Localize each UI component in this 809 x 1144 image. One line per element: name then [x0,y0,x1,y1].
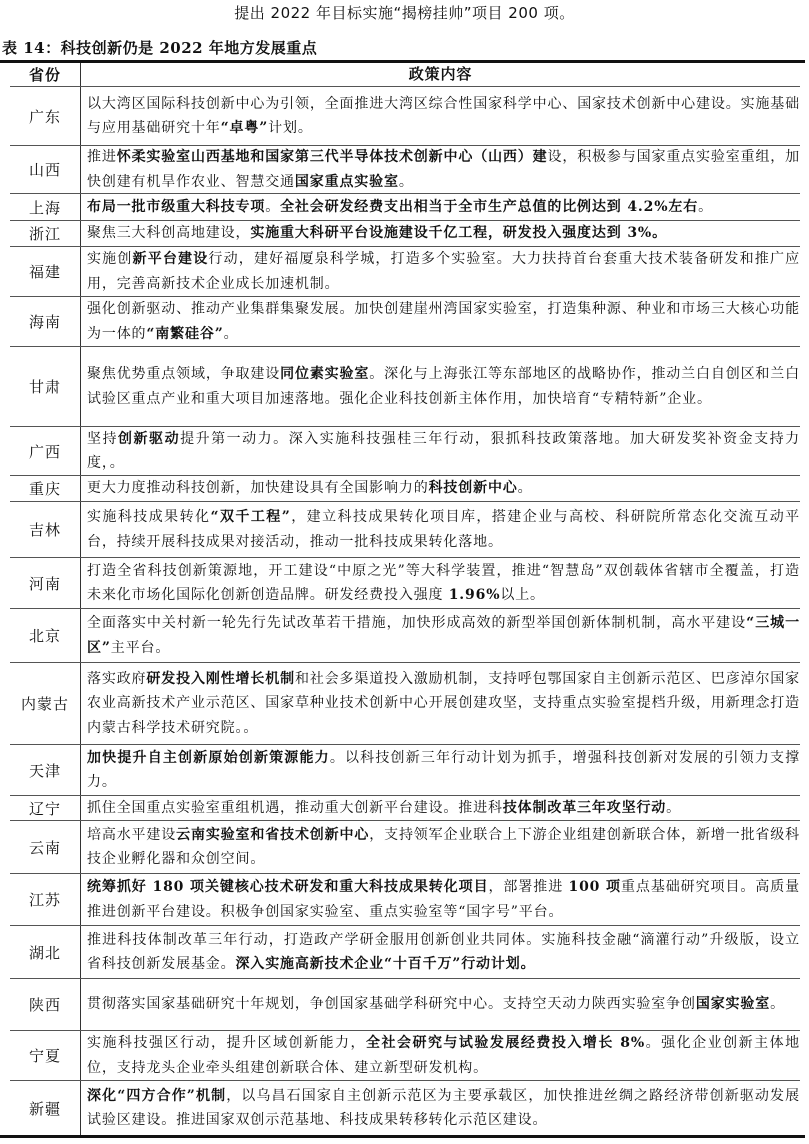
table-row: 北京全面落实中关村新一轮先行先试改革若干措施，加快形成高效的新型举国创新体制机制… [10,609,800,663]
policy-text: 培高水平建设 [87,827,176,843]
policy-text: 主平台。 [111,640,170,656]
table-row: 重庆更大力度推动科技创新，加快建设具有全国影响力的科技创新中心。 [10,476,800,502]
province-cell: 吉林 [10,502,81,557]
policy-highlight: 100 项 [568,879,621,895]
policy-cell: 实施科技强区行动，提升区域创新能力，全社会研究与试验发展经费投入增长 8%。强化… [81,1031,800,1080]
province-cell: 广西 [10,427,81,475]
policy-highlight: “卓粤” [221,120,269,136]
policy-text: 。 [265,199,280,215]
policy-text: 聚焦优势重点领域，争取建设 [87,366,280,382]
policy-highlight: 云南实验室和省技术创新中心 [176,827,369,843]
policy-cell: 实施科技成果转化“双千工程”，建立科技成果转化项目库，搭建企业与高校、科研院所常… [81,502,800,557]
policy-highlight: 全社会研究与试验发展经费投入增长 8% [366,1035,645,1051]
policy-text: 实施科技强区行动，提升区域创新能力， [87,1035,366,1051]
policy-cell: 推进科技体制改革三年行动，打造政产学研金服用创新创业共同体。实施科技金融“滴灌行… [81,926,800,978]
policy-cell: 贯彻落实国家基础研究十年规划，争创国家基础学科研究中心。支持空天动力陕西实验室争… [81,979,800,1030]
policy-text: 以大湾区国际科技创新中心为引领，全面推进大湾区综合性国家科学中心、国家技术创新中… [87,96,800,137]
policy-highlight: 布局一批市级重大科技专项 [87,199,265,215]
policy-cell: 实施创新平台建设行动，建好福厦泉科学城，打造多个实验室。大力扶持首台套重大技术装… [81,247,800,296]
policy-text: 。 [224,326,239,342]
province-cell: 上海 [10,194,81,220]
policy-cell: 聚焦三大科创高地建设，实施重大科研平台设施建设千亿工程，研发投入强度达到 3%。 [81,221,800,246]
province-cell: 广东 [10,87,81,145]
policy-text: 提升第一动力。深入实施科技强桂三年行动，狠抓科技政策落地。加大研发奖补资金支持力… [87,431,800,472]
table-row: 山西推进怀柔实验室山西基地和国家第三代半导体技术创新中心（山西）建设，积极参与国… [10,146,800,194]
province-cell: 宁夏 [10,1031,81,1080]
policy-cell: 更大力度推动科技创新，加快建设具有全国影响力的科技创新中心。 [81,476,800,501]
header-province: 省份 [10,63,81,86]
policy-highlight: 国家实验室 [696,996,770,1012]
policy-cell: 统筹抓好 180 项关键核心技术研发和重大科技成果转化项目，部署推进 100 项… [81,874,800,925]
policy-cell: 加快提升自主创新原始创新策源能力。以科技创新三年行动计划为抓手，增强科技创新对发… [81,745,800,795]
policy-text: 。 [770,996,785,1012]
table-row: 上海布局一批市级重大科技专项。全社会研发经费支出相当于全市生产总值的比例达到 4… [10,194,800,221]
policy-cell: 聚焦优势重点领域，争取建设同位素实验室。深化与上海张江等东部地区的战略协作，推动… [81,347,800,426]
table-row: 新疆深化“四方合作”机制，以乌昌石国家自主创新示范区为主要承载区，加快推进丝绸之… [10,1081,800,1135]
preceding-text-line: 提出 2022 年目标实施“揭榜挂帅”项目 200 项。 [0,2,809,23]
province-cell: 北京 [10,609,81,662]
policy-highlight: 实施重大科研平台设施建设千亿工程，研发投入强度达到 3%。 [250,225,667,241]
table-row: 天津加快提升自主创新原始创新策源能力。以科技创新三年行动计划为抓手，增强科技创新… [10,745,800,796]
table-row: 吉林实施科技成果转化“双千工程”，建立科技成果转化项目库，搭建企业与高校、科研院… [10,502,800,558]
province-cell: 海南 [10,297,81,346]
policy-highlight: 深化“四方合作”机制 [87,1088,226,1104]
policy-cell: 布局一批市级重大科技专项。全社会研发经费支出相当于全市生产总值的比例达到 4.2… [81,194,800,220]
table-row: 河南打造全省科技创新策源地，开工建设“中原之光”等大科学装置，推进“智慧岛”双创… [10,558,800,609]
policy-highlight: 科技创新中心 [429,480,518,496]
province-cell: 内蒙古 [10,663,81,744]
policy-cell: 推进怀柔实验室山西基地和国家第三代半导体技术创新中心（山西）建设，积极参与国家重… [81,146,800,193]
policy-text: 打造全省科技创新策源地，开工建设“中原之光”等大科学装置，推进“智慧岛”双创载体… [87,563,800,604]
policy-text: 坚持 [87,431,118,447]
table-header-row: 省份 政策内容 [10,63,800,87]
policy-highlight: “双千工程” [210,509,290,525]
province-cell: 陕西 [10,979,81,1030]
policy-cell: 深化“四方合作”机制，以乌昌石国家自主创新示范区为主要承载区，加快推进丝绸之路经… [81,1081,800,1135]
table-caption: 表 14：科技创新仍是 2022 年地方发展重点 [2,37,317,58]
policy-highlight: 统筹抓好 180 项关键核心技术研发和重大科技成果转化项目 [87,879,489,895]
table-bottom-rule [0,1135,805,1138]
table-row: 海南强化创新驱动、推动产业集群集聚发展。加快创建崖州湾国家实验室，打造集种源、种… [10,297,800,347]
policy-highlight: 全社会研发经费支出相当于全市生产总值的比例达到 4.2%左右 [280,199,698,215]
policy-text: 。 [518,480,533,496]
table-row: 辽宁抓住全国重点实验室重组机遇，推动重大创新平台建设。推进科技体制改革三年攻坚行… [10,796,800,821]
policy-text: 全面落实中关村新一轮先行先试改革若干措施，加快形成高效的新型举国创新体制机制，高… [87,615,746,631]
province-cell: 河南 [10,558,81,608]
policy-cell: 坚持创新驱动提升第一动力。深入实施科技强桂三年行动，狠抓科技政策落地。加大研发奖… [81,427,800,475]
table-row: 广西坚持创新驱动提升第一动力。深入实施科技强桂三年行动，狠抓科技政策落地。加大研… [10,427,800,476]
table-row: 云南培高水平建设云南实验室和省技术创新中心，支持领军企业联合上下游企业组建创新联… [10,821,800,874]
table-row: 湖北推进科技体制改革三年行动，打造政产学研金服用创新创业共同体。实施科技金融“滴… [10,926,800,979]
policy-highlight: 创新驱动 [118,431,180,447]
policy-highlight: 怀柔实验室山西基地和国家第三代半导体技术创新中心（山西）建 [117,149,548,165]
table-row: 福建实施创新平台建设行动，建好福厦泉科学城，打造多个实验室。大力扶持首台套重大技… [10,247,800,297]
policy-text: 推进 [87,149,117,165]
policy-cell: 全面落实中关村新一轮先行先试改革若干措施，加快形成高效的新型举国创新体制机制，高… [81,609,800,662]
policy-highlight: 国家重点实验室 [295,174,399,190]
policy-text: 贯彻落实国家基础研究十年规划，争创国家基础学科研究中心。支持空天动力陕西实验室争… [87,996,696,1012]
policy-text: ，部署推进 [489,879,569,895]
policy-highlight: 加快提升自主创新原始创新策源能力 [87,750,330,766]
policy-text: 实施创 [87,251,133,267]
province-cell: 福建 [10,247,81,296]
province-cell: 重庆 [10,476,81,501]
policy-text: 抓住全国重点实验室重组机遇，推动重大创新平台建设。推进科 [87,800,503,816]
policy-highlight: 研发投入刚性增长机制 [146,671,295,687]
table-row: 内蒙古落实政府研发投入刚性增长机制和社会多渠道投入激励机制，支持呼包鄂国家自主创… [10,663,800,745]
policy-text: 实施科技成果转化 [87,509,210,525]
table-row: 甘肃聚焦优势重点领域，争取建设同位素实验室。深化与上海张江等东部地区的战略协作，… [10,347,800,427]
policy-highlight: 技体制改革三年攻坚行动 [503,800,666,816]
province-cell: 浙江 [10,221,81,246]
policy-highlight: “南繁硅谷” [146,326,223,342]
province-cell: 山西 [10,146,81,193]
table-row: 宁夏实施科技强区行动，提升区域创新能力，全社会研究与试验发展经费投入增长 8%。… [10,1031,800,1081]
policy-highlight: 同位素实验室 [280,366,369,382]
policy-highlight: 深入实施高新技术企业“十百千万”行动计划。 [236,956,536,972]
policy-cell: 以大湾区国际科技创新中心为引领，全面推进大湾区综合性国家科学中心、国家技术创新中… [81,87,800,145]
policy-text: 聚焦三大科创高地建设， [87,225,250,241]
policy-text: 计划。 [268,120,313,136]
policy-text: 更大力度推动科技创新，加快建设具有全国影响力的 [87,480,429,496]
policy-cell: 强化创新驱动、推动产业集群集聚发展。加快创建崖州湾国家实验室，打造集种源、种业和… [81,297,800,346]
province-cell: 江苏 [10,874,81,925]
policy-cell: 培高水平建设云南实验室和省技术创新中心，支持领军企业联合上下游企业组建创新联合体… [81,821,800,873]
table-body: 广东以大湾区国际科技创新中心为引领，全面推进大湾区综合性国家科学中心、国家技术创… [0,87,805,1135]
province-cell: 天津 [10,745,81,795]
province-cell: 云南 [10,821,81,873]
header-policy: 政策内容 [81,63,800,86]
table-row: 浙江聚焦三大科创高地建设，实施重大科研平台设施建设千亿工程，研发投入强度达到 3… [10,221,800,247]
policy-text: 以上。 [500,587,545,603]
table-row: 广东以大湾区国际科技创新中心为引领，全面推进大湾区综合性国家科学中心、国家技术创… [10,87,800,146]
policy-table: 省份 政策内容 广东以大湾区国际科技创新中心为引领，全面推进大湾区综合性国家科学… [0,60,805,1138]
table-row: 陕西贯彻落实国家基础研究十年规划，争创国家基础学科研究中心。支持空天动力陕西实验… [10,979,800,1031]
province-cell: 甘肃 [10,347,81,426]
policy-highlight: 新平台建设 [133,251,209,267]
province-cell: 新疆 [10,1081,81,1135]
policy-cell: 抓住全国重点实验室重组机遇，推动重大创新平台建设。推进科技体制改革三年攻坚行动。 [81,796,800,820]
province-cell: 辽宁 [10,796,81,820]
policy-text: 。 [698,199,713,215]
policy-highlight: 1.96% [449,587,501,603]
policy-text: 。 [399,174,414,190]
policy-cell: 打造全省科技创新策源地，开工建设“中原之光”等大科学装置，推进“智慧岛”双创载体… [81,558,800,608]
province-cell: 湖北 [10,926,81,978]
policy-cell: 落实政府研发投入刚性增长机制和社会多渠道投入激励机制，支持呼包鄂国家自主创新示范… [81,663,800,744]
policy-text: 落实政府 [87,671,146,687]
policy-text: 。 [666,800,681,816]
table-row: 江苏统筹抓好 180 项关键核心技术研发和重大科技成果转化项目，部署推进 100… [10,874,800,926]
